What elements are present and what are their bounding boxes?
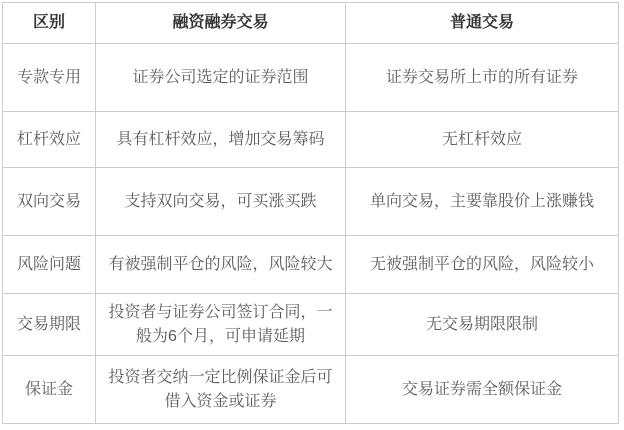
cell-ordinary-trading: 证券交易所上市的所有证券 <box>346 44 619 112</box>
cell-margin-trading: 证券公司选定的证券范围 <box>96 44 346 112</box>
row-label: 保证金 <box>3 356 96 424</box>
header-cell-margin-trading: 融资融券交易 <box>96 3 346 44</box>
row-label: 风险问题 <box>3 236 96 294</box>
table-row: 双向交易 支持双向交易，可买涨买跌 单向交易，主要靠股价上涨赚钱 <box>3 168 619 236</box>
cell-ordinary-trading: 交易证券需全额保证金 <box>346 356 619 424</box>
cell-margin-trading: 支持双向交易，可买涨买跌 <box>96 168 346 236</box>
header-cell-category: 区别 <box>3 3 96 44</box>
header-cell-ordinary-trading: 普通交易 <box>346 3 619 44</box>
cell-ordinary-trading: 无交易期限限制 <box>346 294 619 356</box>
cell-ordinary-trading: 无被强制平仓的风险，风险较小 <box>346 236 619 294</box>
table-header-row: 区别 融资融券交易 普通交易 <box>3 3 619 44</box>
row-label: 交易期限 <box>3 294 96 356</box>
cell-margin-trading: 有被强制平仓的风险，风险较大 <box>96 236 346 294</box>
cell-ordinary-trading: 单向交易，主要靠股价上涨赚钱 <box>346 168 619 236</box>
cell-margin-trading: 投资者与证券公司签订合同，一般为6个月，可申请延期 <box>96 294 346 356</box>
table-row: 专款专用 证券公司选定的证券范围 证券交易所上市的所有证券 <box>3 44 619 112</box>
table-row: 杠杆效应 具有杠杆效应，增加交易筹码 无杠杆效应 <box>3 112 619 168</box>
cell-margin-trading: 投资者交纳一定比例保证金后可借入资金或证券 <box>96 356 346 424</box>
table-row: 保证金 投资者交纳一定比例保证金后可借入资金或证券 交易证券需全额保证金 <box>3 356 619 424</box>
row-label: 双向交易 <box>3 168 96 236</box>
table-row: 交易期限 投资者与证券公司签订合同，一般为6个月，可申请延期 无交易期限限制 <box>3 294 619 356</box>
cell-ordinary-trading: 无杠杆效应 <box>346 112 619 168</box>
table-row: 风险问题 有被强制平仓的风险，风险较大 无被强制平仓的风险，风险较小 <box>3 236 619 294</box>
comparison-table: 区别 融资融券交易 普通交易 专款专用 证券公司选定的证券范围 证券交易所上市的… <box>2 2 619 424</box>
row-label: 杠杆效应 <box>3 112 96 168</box>
cell-margin-trading: 具有杠杆效应，增加交易筹码 <box>96 112 346 168</box>
page-canvas: 区别 融资融券交易 普通交易 专款专用 证券公司选定的证券范围 证券交易所上市的… <box>0 0 624 430</box>
row-label: 专款专用 <box>3 44 96 112</box>
